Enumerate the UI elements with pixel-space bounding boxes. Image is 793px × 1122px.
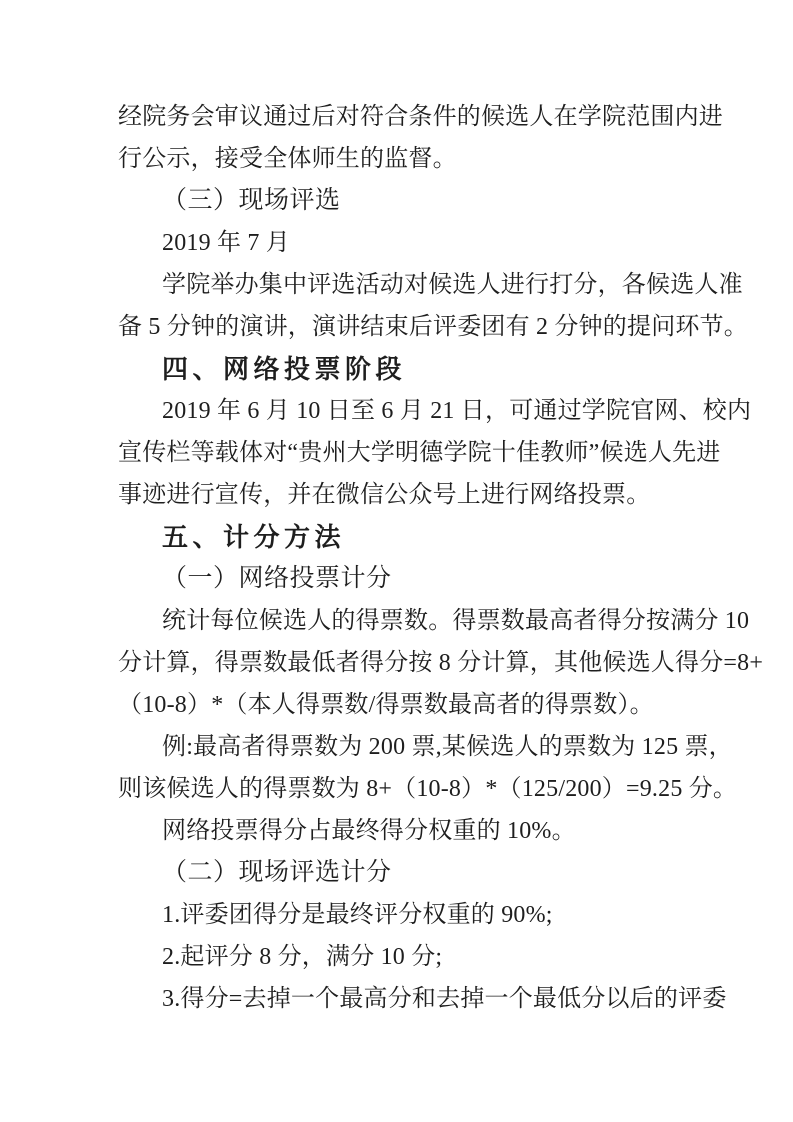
date-line-july-2019: 2019 年 7 月 (118, 222, 698, 264)
paragraph-end-line: 备 5 分钟的演讲，演讲结束后评委团有 2 分钟的提问环节。 (118, 306, 698, 348)
example-end-line: 则该候选人的得票数为 8+（10-8）*（125/200）=9.25 分。 (118, 768, 698, 810)
subheading-1-online-vote-scoring: （一）网络投票计分 (118, 558, 698, 600)
subheading-2-onsite-scoring: （二）现场评选计分 (118, 852, 698, 894)
paragraph-end-line: （10-8）*（本人得票数/得票数最高者的得票数）。 (118, 684, 698, 726)
example-start-line: 例:最高者得票数为 200 票,某候选人的票数为 125 票， (118, 726, 698, 768)
paragraph-end-line: 事迹进行宣传，并在微信公众号上进行网络投票。 (118, 474, 698, 516)
heading-5-scoring-method: 五、计分方法 (118, 516, 698, 558)
paragraph-start-line: 统计每位候选人的得票数。得票数最高者得分按满分 10 (118, 600, 698, 642)
paragraph-continuation-line: 经院务会审议通过后对符合条件的候选人在学院范围内进 (118, 96, 698, 138)
paragraph-start-line: 学院举办集中评选活动对候选人进行打分，各候选人准 (118, 264, 698, 306)
subheading-3-onsite-selection: （三）现场评选 (118, 180, 698, 222)
list-item-2: 2.起评分 8 分，满分 10 分; (118, 936, 698, 978)
paragraph-weight-line: 网络投票得分占最终得分权重的 10%。 (118, 810, 698, 852)
paragraph-end-line: 行公示，接受全体师生的监督。 (118, 138, 698, 180)
list-item-1: 1.评委团得分是最终评分权重的 90%; (118, 894, 698, 936)
document-page: 经院务会审议通过后对符合条件的候选人在学院范围内进 行公示，接受全体师生的监督。… (0, 0, 793, 1122)
paragraph-start-line: 2019 年 6 月 10 日至 6 月 21 日，可通过学院官网、校内 (118, 390, 698, 432)
list-item-3: 3.得分=去掉一个最高分和去掉一个最低分以后的评委 (118, 978, 698, 1020)
paragraph-continuation-line: 宣传栏等载体对“贵州大学明德学院十佳教师”候选人先进 (118, 432, 698, 474)
heading-4-online-voting-stage: 四、网络投票阶段 (118, 348, 698, 390)
document-content: 经院务会审议通过后对符合条件的候选人在学院范围内进 行公示，接受全体师生的监督。… (118, 96, 698, 1020)
paragraph-continuation-line: 分计算，得票数最低者得分按 8 分计算，其他候选人得分=8+ (118, 642, 698, 684)
